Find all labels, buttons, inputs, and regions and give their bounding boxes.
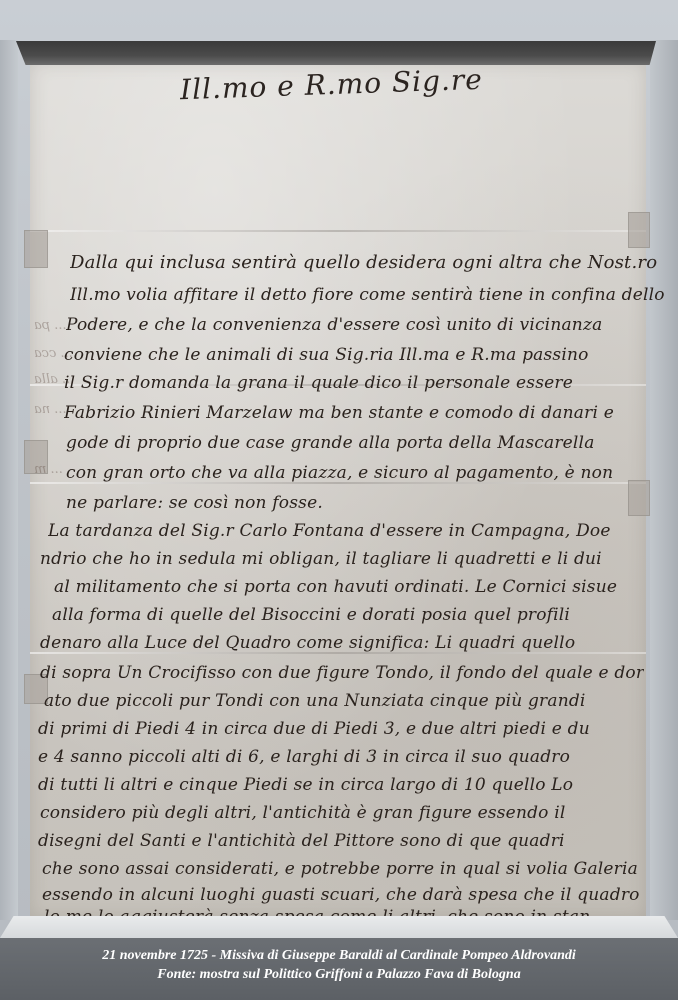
manuscript-letter: ... pa ... cca ... alla ... na ... m Ill…: [30, 62, 646, 918]
handwritten-line: disegni del Santi e l'antichità del Pitt…: [38, 830, 565, 852]
handwritten-line: ndrio che ho in sedula mi obligan, il ta…: [40, 548, 602, 570]
handwritten-line: alla forma di quelle del Bisoccini e dor…: [52, 604, 570, 626]
handwritten-line: che sono assai considerati, e potrebbe p…: [42, 858, 638, 880]
frame-top-shadow: [16, 41, 656, 65]
handwritten-line: il Sig.r domanda la grana il quale dico …: [64, 372, 573, 394]
handwritten-line: Fabrizio Rinieri Marzelaw ma ben stante …: [64, 402, 614, 424]
handwritten-line: di sopra Un Crocifisso con due figure To…: [40, 662, 644, 684]
handwritten-line: Dalla qui inclusa sentirà quello desider…: [70, 252, 657, 274]
handwritten-line: conviene che le animali di sua Sig.ria I…: [64, 344, 589, 366]
handwritten-line: Ill.mo volia affitare il detto fiore com…: [70, 284, 665, 306]
handwritten-line: al militamento che si porta con havuti o…: [54, 576, 617, 598]
handwritten-line: ato due piccoli pur Tondi con una Nunzia…: [44, 690, 586, 712]
handwritten-line: denaro alla Luce del Quadro come signifi…: [40, 632, 575, 654]
frame-mount-left: [0, 40, 18, 920]
handwritten-line: ne parlare: se così non fosse.: [66, 492, 323, 514]
frame-bottom-edge: [0, 916, 678, 938]
handwritten-line: considero più degli altri, l'antichità è…: [40, 802, 566, 824]
caption-source: Fonte: mostra sul Polittico Griffoni a P…: [0, 965, 678, 984]
handwritten-line: di primi di Piedi 4 in circa due di Pied…: [38, 718, 590, 740]
handwritten-line: con gran orto che va alla piazza, e sicu…: [66, 462, 613, 484]
handwritten-line: e 4 sanno piccoli alti di 6, e larghi di…: [38, 746, 570, 768]
caption-title: 21 novembre 1725 - Missiva di Giuseppe B…: [0, 946, 678, 965]
handwritten-line: di tutti li altri e cinque Piedi se in c…: [38, 774, 573, 796]
caption-band: 21 novembre 1725 - Missiva di Giuseppe B…: [0, 938, 678, 1000]
frame-mount-right: [650, 40, 678, 920]
handwritten-line: La tardanza del Sig.r Carlo Fontana d'es…: [48, 520, 611, 542]
handwritten-line: gode di proprio due case grande alla por…: [66, 432, 595, 454]
handwritten-line: essendo in alcuni luoghi guasti scuari, …: [42, 884, 640, 906]
handwritten-line: Podere, e che la convenienza d'essere co…: [66, 314, 602, 336]
letter-body: Dalla qui inclusa sentirà quello desider…: [30, 62, 646, 918]
